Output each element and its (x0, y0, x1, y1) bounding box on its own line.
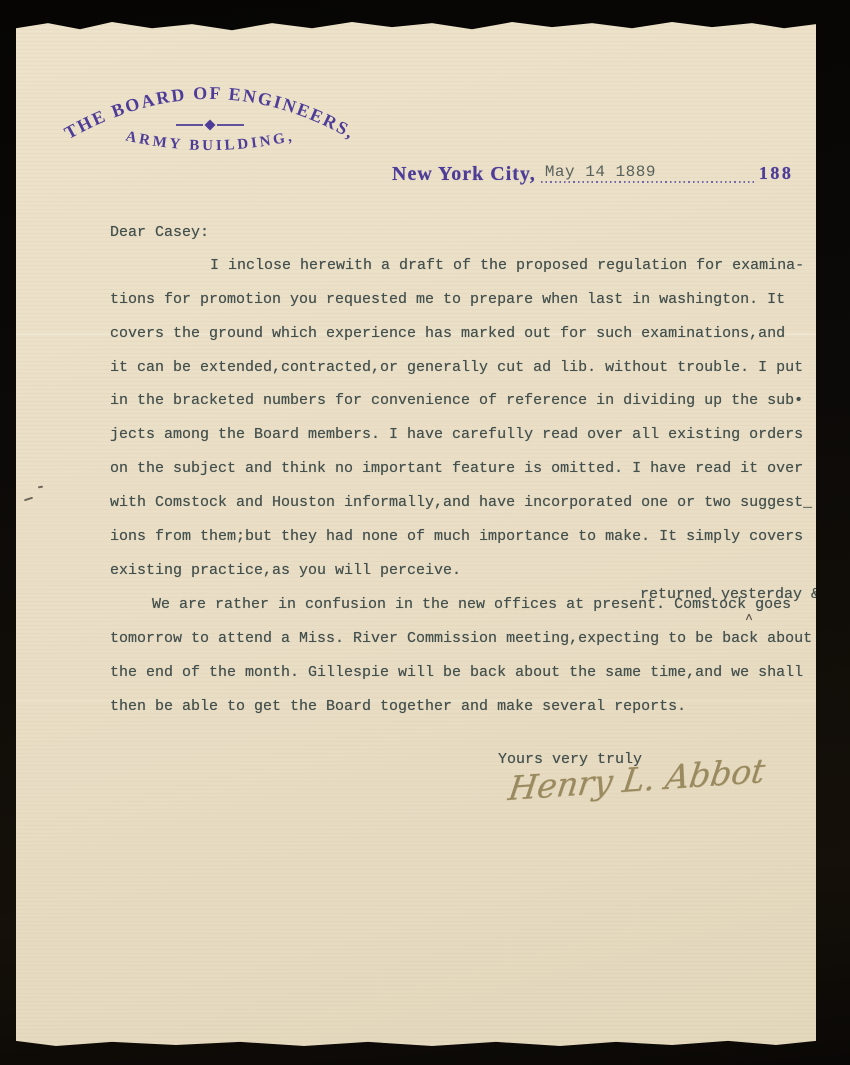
letter-line-text: goes (746, 596, 791, 613)
letter-line: covers the ground which experience has m… (110, 317, 822, 351)
paragraph-1: I inclose herewith a draft of the propos… (110, 249, 822, 587)
pencil-mark (38, 486, 43, 489)
salutation: Dear Casey: (110, 222, 209, 244)
dateline-dotted-rule: May 14 1889 (541, 160, 757, 186)
letter-line: the end of the month. Gillespie will be … (110, 656, 822, 690)
typed-date: May 14 1889 (545, 163, 656, 181)
letter-line: on the subject and think no important fe… (110, 452, 822, 486)
letter-line: it can be extended,contracted,or general… (110, 351, 822, 385)
letter-paper: THE BOARD OF ENGINEERS, ARMY BUILDING, N… (16, 20, 816, 1046)
letterhead-arc-top-text: THE BOARD OF ENGINEERS, (61, 83, 359, 143)
insertion-caret-mark: ^ (745, 613, 753, 626)
letter-line: then be able to get the Board together a… (110, 690, 822, 724)
letter-line: jects among the Board members. I have ca… (110, 418, 822, 452)
letter-line: in the bracketed numbers for convenience… (110, 384, 822, 418)
letterhead-arc-top: THE BOARD OF ENGINEERS, (61, 83, 359, 143)
letterhead: THE BOARD OF ENGINEERS, ARMY BUILDING, (60, 76, 360, 172)
letterhead-arc-bottom-text: ARMY BUILDING, (124, 128, 296, 154)
letterhead-ornament-icon (176, 120, 244, 131)
letter-line: tomorrow to attend a Miss. River Commiss… (110, 622, 822, 656)
letter-line: I inclose herewith a draft of the propos… (110, 249, 822, 283)
letter-line: We are rather in confusion in the new of… (110, 588, 822, 622)
letterhead-arc-bottom: ARMY BUILDING, (124, 128, 296, 154)
letter-line-text: We are rather in confusion in the new of… (152, 596, 746, 613)
letter-line: tions for promotion you requested me to … (110, 283, 822, 317)
pencil-mark (24, 497, 33, 502)
dateline-place: New York City, (392, 162, 536, 186)
letter-line: existing practice,as you will perceive. (110, 554, 822, 588)
paragraph-2: We are rather in confusion in the new of… (110, 588, 822, 723)
letter-line: ions from them;but they had none of much… (110, 520, 822, 554)
printed-year-stub: 188 (759, 162, 794, 186)
dateline: New York City, May 14 1889 188 (392, 160, 793, 186)
letter-line: with Comstock and Houston informally,and… (110, 486, 822, 520)
handwritten-signature: Henry L. Abbot (455, 727, 817, 843)
